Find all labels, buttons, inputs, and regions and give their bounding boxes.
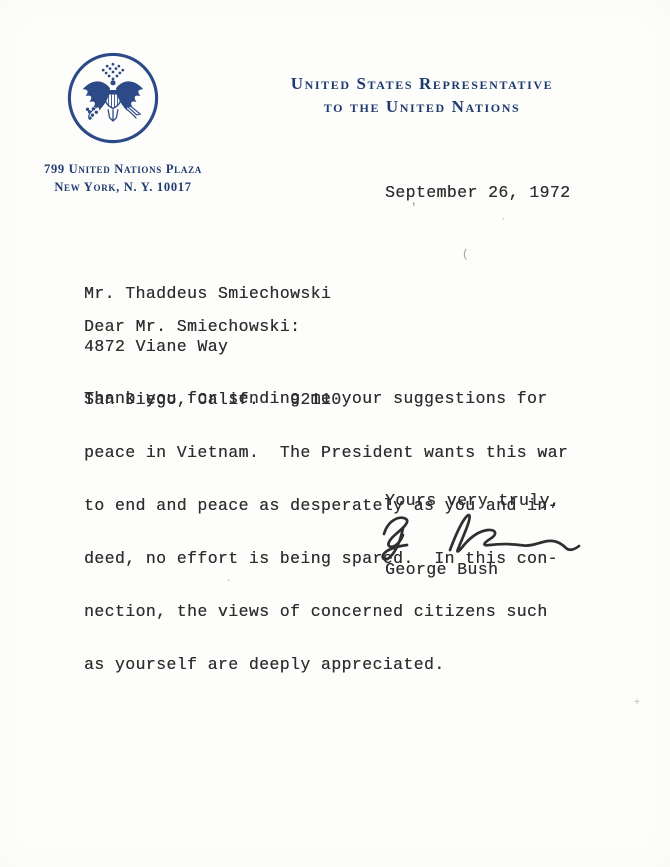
body-line: as yourself are deeply appreciated. — [84, 656, 568, 674]
letter-date: September 26, 1972 — [385, 183, 570, 202]
scan-artifact: · — [500, 214, 507, 226]
scan-artifact: ( — [462, 249, 469, 261]
signature-script — [376, 508, 590, 566]
signed-name: George Bush — [385, 560, 498, 579]
body-line: Thank you for sending me your suggestion… — [84, 390, 568, 408]
letterhead-title-line2: to the United Nations — [252, 95, 592, 118]
letterhead-title: United States Representative to the Unit… — [252, 72, 592, 118]
scan-artifact: · — [319, 606, 324, 616]
body-line: peace in Vietnam. The President wants th… — [84, 444, 568, 462]
recipient-name: Mr. Thaddeus Smiechowski — [84, 285, 342, 303]
scan-artifact: ' — [410, 200, 420, 215]
great-seal-icon — [63, 50, 163, 148]
scanned-letter-page: United States Representative to the Unit… — [0, 0, 670, 867]
letterhead-address: 799 United Nations Plaza New York, N. Y.… — [30, 160, 216, 196]
letterhead-address-line1: 799 United Nations Plaza — [30, 160, 216, 178]
body-line: nection, the views of concerned citizens… — [84, 603, 568, 621]
letterhead-address-line2: New York, N. Y. 10017 — [30, 178, 216, 196]
salutation: Dear Mr. Smiechowski: — [84, 317, 300, 336]
letterhead-title-line1: United States Representative — [252, 72, 592, 95]
scan-artifact: · — [226, 576, 231, 586]
scan-artifact: + — [634, 698, 640, 709]
recipient-street: 4872 Viane Way — [84, 338, 342, 356]
